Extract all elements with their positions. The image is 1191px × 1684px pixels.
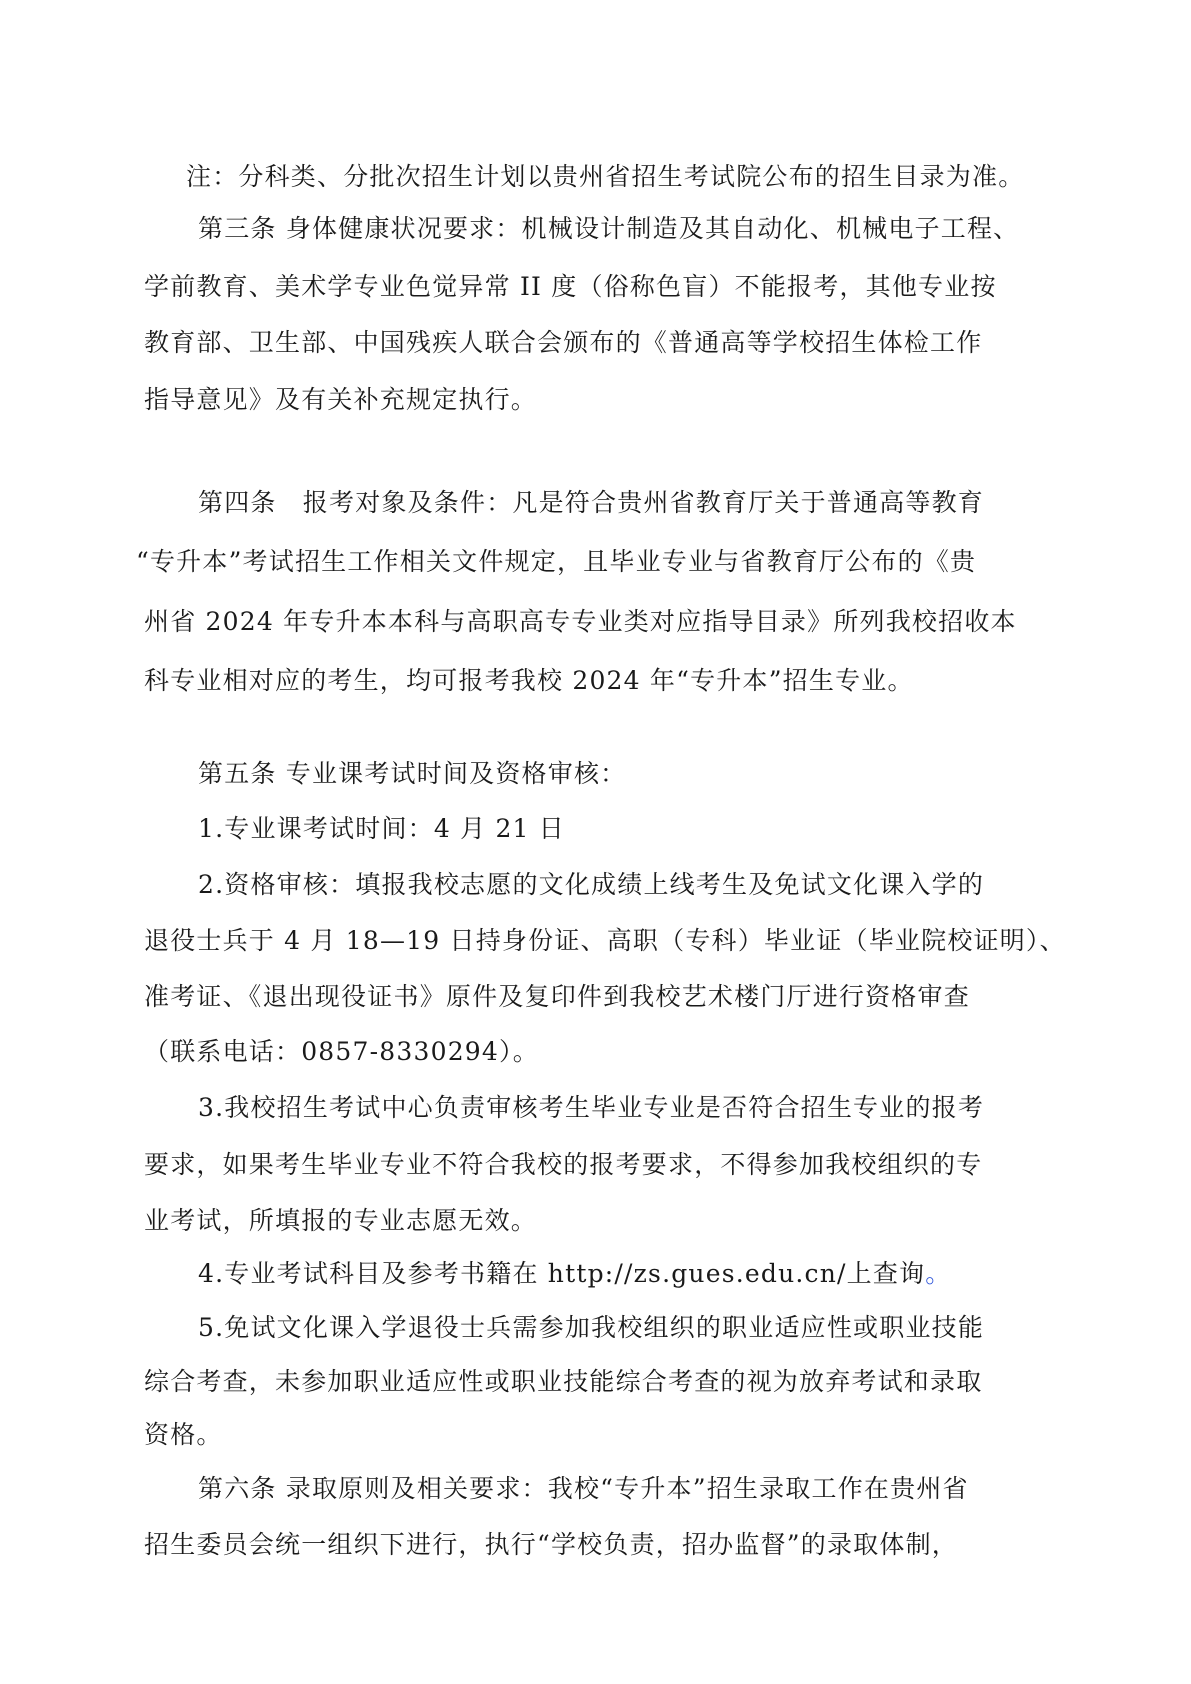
list-item-3: 3.我校招生考试中心负责审核考生毕业专业是否符合招生专业的报考 — [198, 1093, 984, 1123]
paragraph-line: 综合考查，未参加职业适应性或职业技能综合考查的视为放弃考试和录取 — [144, 1367, 982, 1397]
document-page: 注：分科类、分批次招生计划以贵州省招生考试院公布的招生目录为准。 第三条 身体健… — [0, 0, 1191, 1684]
paragraph-line: 资格。 — [144, 1420, 223, 1450]
paragraph-line: 准考证、《退出现役证书》原件及复印件到我校艺术楼门厅进行资格审查 — [144, 982, 970, 1012]
article-4-heading: 第四条 报考对象及条件：凡是符合贵州省教育厅关于普通高等教育 — [198, 488, 984, 518]
note-line: 注：分科类、分批次招生计划以贵州省招生考试院公布的招生目录为准。 — [186, 162, 1024, 192]
blue-period: 。 — [925, 1259, 951, 1288]
article-6-heading: 第六条 录取原则及相关要求：我校“专升本”招生录取工作在贵州省 — [198, 1474, 969, 1504]
list-item-4: 4.专业考试科目及参考书籍在 http://zs.gues.edu.cn/上查询… — [198, 1259, 951, 1289]
list-item-1: 1.专业课考试时间：4 月 21 日 — [198, 814, 565, 844]
contact-phone-line: （联系电话：0857-8330294）。 — [144, 1037, 539, 1067]
paragraph-line: 招生委员会统一组织下进行，执行“学校负责，招办监督”的录取体制， — [144, 1530, 958, 1560]
list-item-5: 5.免试文化课入学退役士兵需参加我校组织的职业适应性或职业技能 — [198, 1313, 984, 1343]
paragraph-line: 退役士兵于 4 月 18—19 日持身份证、高职（专科）毕业证（毕业院校证明）、 — [144, 926, 1066, 956]
paragraph-line: 学前教育、美术学专业色觉异常 II 度（俗称色盲）不能报考，其他专业按 — [144, 272, 997, 302]
article-5-heading: 第五条 专业课考试时间及资格审核： — [198, 759, 626, 789]
paragraph-line: “专升本”考试招生工作相关文件规定，且毕业专业与省教育厅公布的《贵 — [136, 547, 976, 577]
paragraph-line: 指导意见》及有关补充规定执行。 — [144, 385, 537, 415]
list-item-2: 2.资格审核：填报我校志愿的文化成绩上线考生及免试文化课入学的 — [198, 870, 984, 900]
article-3-heading: 第三条 身体健康状况要求：机械设计制造及其自动化、机械电子工程、 — [198, 214, 1019, 244]
paragraph-line: 要求，如果考生毕业专业不符合我校的报考要求，不得参加我校组织的专 — [144, 1150, 982, 1180]
paragraph-line: 业考试，所填报的专业志愿无效。 — [144, 1206, 537, 1236]
list-item-4-text: 4.专业考试科目及参考书籍在 http://zs.gues.edu.cn/上查询 — [198, 1259, 925, 1288]
paragraph-line: 教育部、卫生部、中国残疾人联合会颁布的《普通高等学校招生体检工作 — [144, 328, 982, 358]
paragraph-line: 州省 2024 年专升本本科与高职高专专业类对应指导目录》所列我校招收本 — [144, 607, 1017, 637]
paragraph-line: 科专业相对应的考生，均可报考我校 2024 年“专升本”招生专业。 — [144, 666, 914, 696]
